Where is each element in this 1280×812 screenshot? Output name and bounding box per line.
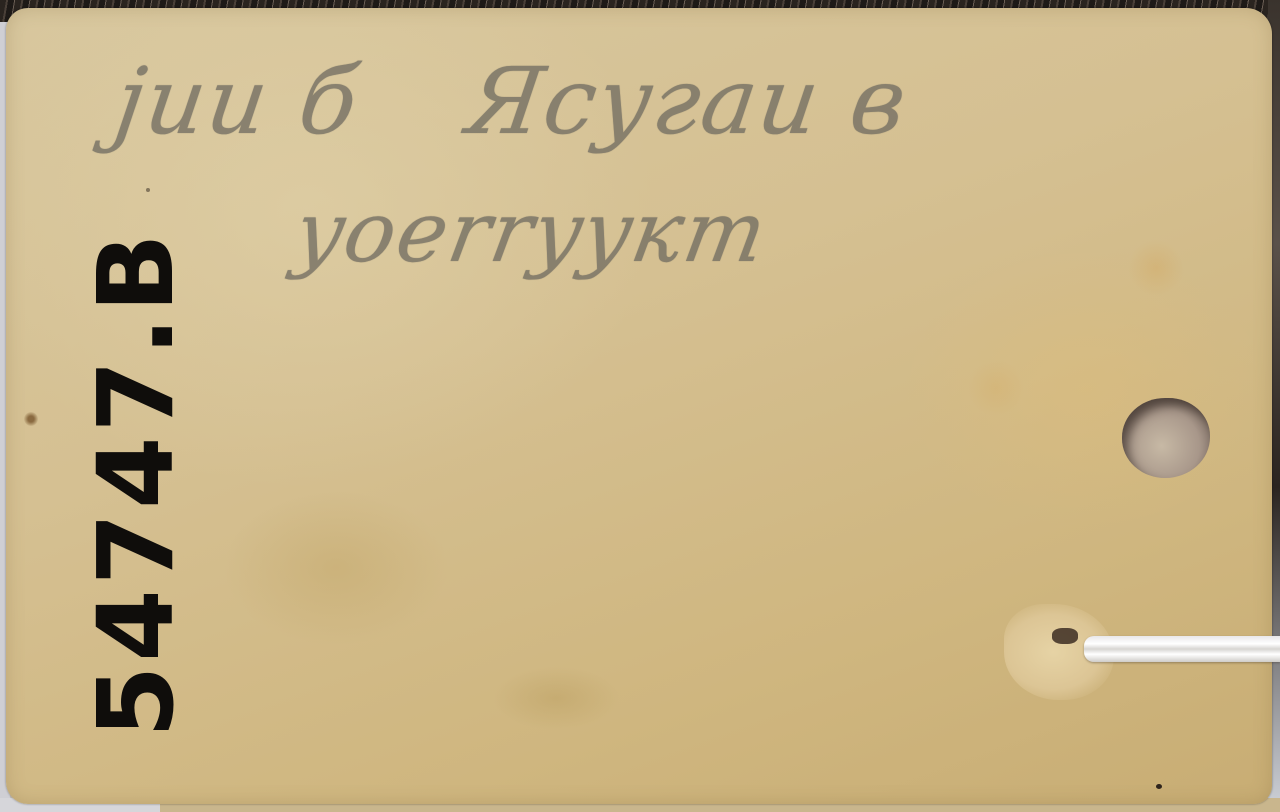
catalog-number-vertical: 54747.B (66, 338, 206, 738)
stain-dot (24, 412, 38, 426)
pencil-text-right: Ясугаи в (461, 48, 915, 155)
string-knot (1052, 628, 1078, 644)
pencil-text-left: juu б (108, 48, 365, 155)
punch-hole (1122, 398, 1210, 478)
dirt-speck (1156, 784, 1162, 789)
pencil-handwriting-line-2: yoerryyкт (287, 183, 775, 281)
specimen-label-card: juu бЯсугаи в yoerryyкт 54747.B (6, 8, 1272, 804)
dirt-speck (146, 188, 150, 192)
pencil-handwriting-line-1: juu бЯсугаи в (108, 48, 914, 155)
photo-scene: juu бЯсугаи в yoerryyкт 54747.B (0, 0, 1280, 812)
white-string (1084, 636, 1280, 662)
